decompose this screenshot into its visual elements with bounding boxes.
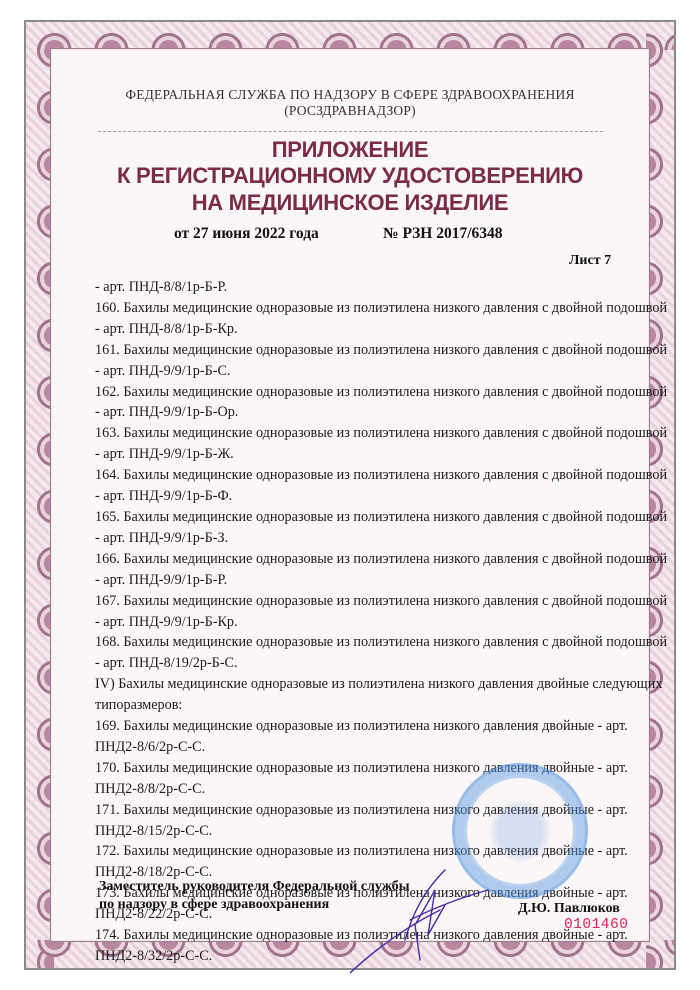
list-line: - арт. ПНД-9/9/1р-Б-Р. xyxy=(95,570,665,591)
list-line: - арт. ПНД-9/9/1р-Б-З. xyxy=(95,528,665,549)
document-subtitle-line1: К РЕГИСТРАЦИОННОМУ УДОСТОВЕРЕНИЮ xyxy=(50,163,650,189)
document-title: ПРИЛОЖЕНИЕ xyxy=(50,137,650,163)
list-line: 164. Бахилы медицинские одноразовые из п… xyxy=(95,465,665,486)
list-line: 165. Бахилы медицинские одноразовые из п… xyxy=(95,507,665,528)
agency-abbreviation: (РОСЗДРАВНАДЗОР) xyxy=(50,102,650,119)
list-line: IV) Бахилы медицинские одноразовые из по… xyxy=(95,674,665,695)
list-line: - арт. ПНД-9/9/1р-Б-Ф. xyxy=(95,486,665,507)
signer-name: Д.Ю. Павлюков xyxy=(518,900,620,918)
list-line: 162. Бахилы медицинские одноразовые из п… xyxy=(95,382,665,403)
list-line: - арт. ПНД-9/9/1р-Б-С. xyxy=(95,361,665,382)
list-line: 163. Бахилы медицинские одноразовые из п… xyxy=(95,423,665,444)
list-line: 169. Бахилы медицинские одноразовые из п… xyxy=(95,716,665,737)
list-line: 160. Бахилы медицинские одноразовые из п… xyxy=(95,298,665,319)
list-line: ПНД2-8/6/2р-С-С. xyxy=(95,737,665,758)
list-line: - арт. ПНД-8/8/1р-Б-Кр. xyxy=(95,319,665,340)
signer-role: Заместитель руководителя Федеральной слу… xyxy=(99,878,410,914)
list-line: - арт. ПНД-9/9/1р-Б-Кр. xyxy=(95,612,665,633)
sheet-number: Лист 7 xyxy=(569,253,611,269)
list-line: 166. Бахилы медицинские одноразовые из п… xyxy=(95,549,665,570)
list-line: - арт. ПНД-9/9/1р-Б-Ж. xyxy=(95,444,665,465)
list-line: - арт. ПНД-8/19/2р-Б-С. xyxy=(95,653,665,674)
header-divider xyxy=(98,131,603,132)
list-line: 170. Бахилы медицинские одноразовые из п… xyxy=(95,758,665,779)
document-subtitle-line2: НА МЕДИЦИНСКОЕ ИЗДЕЛИЕ xyxy=(50,190,650,216)
agency-name: ФЕДЕРАЛЬНАЯ СЛУЖБА ПО НАДЗОРУ В СФЕРЕ ЗД… xyxy=(50,86,650,103)
list-line: 168. Бахилы медицинские одноразовые из п… xyxy=(95,632,665,653)
form-serial-number: 0101460 xyxy=(564,917,628,933)
list-line: ПНД2-8/8/2р-С-С. xyxy=(95,779,665,800)
signer-role-line2: по надзору в сфере здравоохранения xyxy=(99,896,410,914)
list-line: - арт. ПНД-9/9/1р-Б-Ор. xyxy=(95,402,665,423)
signer-role-line1: Заместитель руководителя Федеральной слу… xyxy=(99,878,410,896)
list-line: 167. Бахилы медицинские одноразовые из п… xyxy=(95,591,665,612)
document-date: от 27 июня 2022 года xyxy=(174,225,319,243)
list-line: типоразмеров: xyxy=(95,695,665,716)
list-line: 161. Бахилы медицинские одноразовые из п… xyxy=(95,340,665,361)
registration-number: № РЗН 2017/6348 xyxy=(383,225,503,243)
list-line: - арт. ПНД-8/8/1р-Б-Р. xyxy=(95,277,665,298)
